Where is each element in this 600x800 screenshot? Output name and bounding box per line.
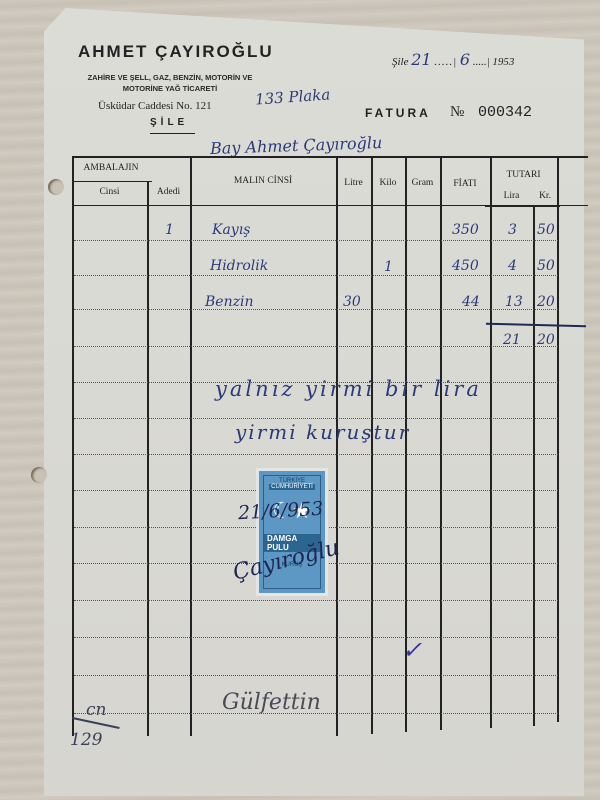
col-border-fiati [440,156,442,730]
date-line: Şile 21 .....| 6 .....| 1953 [392,50,514,69]
header-malin-cinsi: MALIN CİNSİ [190,176,336,186]
amount-in-words-line2: yirmi kuruştur [235,420,410,444]
header-ambalajin: AMBALAJIN [72,163,150,173]
cell-fiati: 44 [462,294,480,310]
date-day: 21 [411,50,431,69]
cell-fiati: 450 [452,258,479,274]
company-name: AHMET ÇAYIROĞLU [78,42,274,62]
cell-kr: 50 [537,258,555,274]
header-litre: Litre [336,178,371,188]
cell-lira: 3 [508,222,517,238]
col-border-adedi [147,181,149,736]
header-kr: Kr. [533,191,557,201]
row-line [74,240,558,241]
header-kilo: Kilo [371,178,405,188]
cell-malin: Kayış [212,222,250,238]
cell-kilo: 1 [384,259,393,275]
col-border-malin [190,156,192,736]
punch-hole-top [48,179,64,195]
invoice-label: FATURA [365,106,431,120]
stamp-cancel-date: 21/6/953 [237,498,323,524]
col-border-litre [336,156,338,736]
col-border-kr [533,206,535,726]
cell-lira: 4 [508,258,517,274]
table-top-border [72,156,588,158]
cell-fiati: 350 [452,222,479,238]
invoice-number: 000342 [478,104,532,121]
total-lira: 21 [503,332,521,348]
row-line [74,275,558,276]
tutari-divider [485,206,560,207]
invoice-paper [44,8,584,796]
date-place: Şile [392,56,409,68]
ambalajin-divider [72,181,152,182]
city-underline [150,133,195,134]
company-address: Üsküdar Caddesi No. 121 [98,100,212,112]
cell-lira: 13 [505,294,523,310]
col-border-left [72,156,74,736]
date-year: 1953 [492,56,514,68]
check-mark-icon: ✓ [402,636,422,664]
amount-in-words-line1: yalnız yirmi bir lira [215,377,482,401]
trade-description: ZAHİRE VE ŞELL, GAZ, BENZİN, MOTORİN VE … [70,72,270,94]
header-fiati: FİATI [440,179,490,189]
row-line [74,675,558,676]
col-border-lira [490,156,492,728]
stamp-republic: CUMHURİYETİ [269,484,315,490]
cell-malin: Hidrolik [210,258,268,274]
trade-line-2: MOTORİNE YAĞ TİCARETİ [70,83,270,94]
cell-adedi: 1 [165,222,174,238]
margin-note-top: cn [86,700,106,720]
row-line [74,309,558,310]
trade-line-1: ZAHİRE VE ŞELL, GAZ, BENZİN, MOTORİN VE [70,72,270,83]
punch-hole-bottom [31,467,47,483]
total-kr: 20 [537,332,555,348]
col-border-kilo [371,156,373,734]
header-adedi: Adedi [147,187,190,197]
margin-note-bottom: 129 [70,730,102,750]
cell-malin: Benzin [205,294,253,310]
company-city: ŞİLE [150,117,188,128]
number-sign: № [450,104,464,121]
header-gram: Gram [405,178,440,188]
bottom-signature: Gülfettin [222,690,321,715]
row-line [74,346,558,347]
date-month: 6 [460,50,470,69]
header-cinsi: Cinsi [72,187,147,197]
row-line [74,637,558,638]
row-line [74,454,558,455]
cell-kr: 50 [537,222,555,238]
cell-kr: 20 [537,294,555,310]
header-lira: Lira [490,191,533,201]
row-line [74,600,558,601]
cell-litre: 30 [343,294,361,310]
row-line [74,418,558,419]
header-tutari: TUTARI [490,170,557,180]
